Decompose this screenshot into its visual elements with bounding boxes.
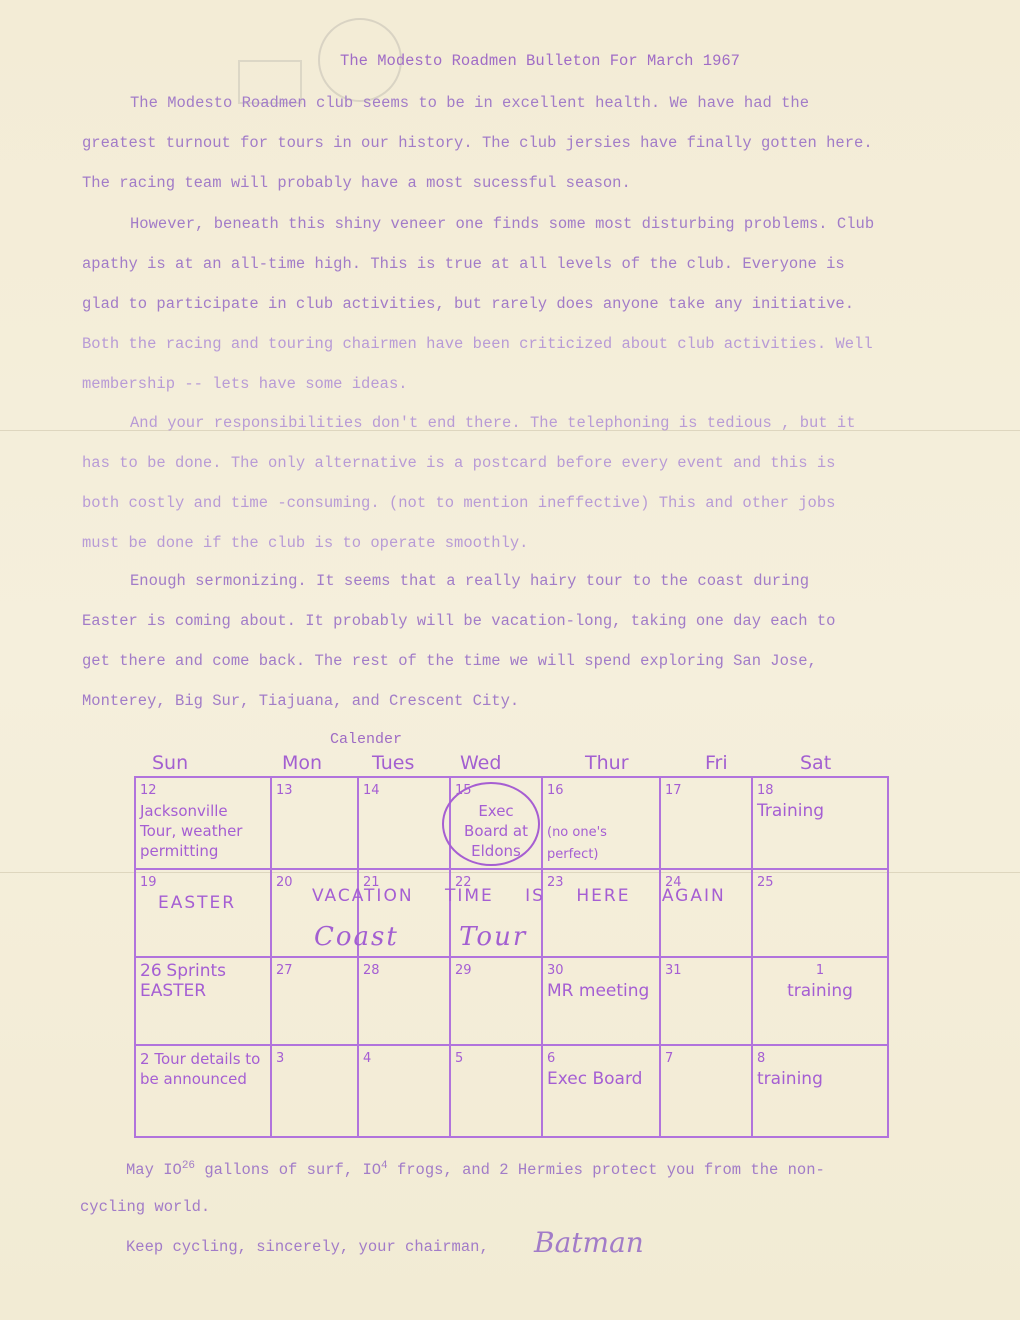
text-line: both costly and time -consuming. (not to… [82, 483, 942, 523]
paragraph-2: However, beneath this shiny veneer one f… [82, 204, 942, 404]
text-line: greatest turnout for tours in our histor… [82, 123, 942, 163]
calendar-cell: 7 [660, 1045, 752, 1137]
text-line: has to be done. The only alternative is … [82, 443, 942, 483]
text-line: The Modesto Roadmen club seems to be in … [82, 83, 942, 123]
closing-line-1: May IO26 gallons of surf, IO4 frogs, and… [126, 1160, 825, 1179]
paragraph-3: And your responsibilities don't end ther… [82, 403, 942, 563]
calendar-cell: 4 [358, 1045, 450, 1137]
day-header-sun: Sun [152, 752, 188, 774]
text-line: must be done if the club is to operate s… [82, 523, 942, 563]
calendar-cell: 6Exec Board [542, 1045, 660, 1137]
text-line: get there and come back. The rest of the… [82, 641, 942, 681]
calendar-cell: 29 [450, 957, 542, 1045]
text-line: apathy is at an all-time high. This is t… [82, 244, 942, 284]
day-header-fri: Fri [705, 752, 728, 774]
calendar-week: 26 Sprints EASTER 27 28 29 30MR meeting … [135, 957, 888, 1045]
calendar-cell: 1training [752, 957, 888, 1045]
calendar-cell: 2 Tour details to be announced [135, 1045, 271, 1137]
text-line: membership -- lets have some ideas. [82, 364, 942, 404]
paragraph-4: Enough sermonizing. It seems that a real… [82, 561, 942, 721]
calendar-cell: 12Jacksonville Tour, weather permitting [135, 777, 271, 869]
letter-page: The Modesto Roadmen Bulleton For March 1… [0, 0, 1020, 1320]
text-line: The racing team will probably have a mos… [82, 163, 942, 203]
document-title: The Modesto Roadmen Bulleton For March 1… [0, 52, 1020, 70]
text-line: Monterey, Big Sur, Tiajuana, and Crescen… [82, 681, 942, 721]
calendar-cell: 16(no one's perfect) [542, 777, 660, 869]
day-header-wed: Wed [460, 752, 501, 774]
calendar-cell: 18Training [752, 777, 888, 869]
text-line: Enough sermonizing. It seems that a real… [82, 561, 942, 601]
text-line: Easter is coming about. It probably will… [82, 601, 942, 641]
calendar-cell: 25 [752, 869, 888, 957]
calendar-cell: 27 [271, 957, 358, 1045]
calendar-cell: 17 [660, 777, 752, 869]
day-header-sat: Sat [800, 752, 831, 774]
coast-tour-note: Coast Tour [314, 922, 527, 952]
circle-annotation [442, 782, 540, 866]
signature: Batman [534, 1226, 644, 1259]
text-line: Both the racing and touring chairmen hav… [82, 324, 942, 364]
calendar-cell: 23 [542, 869, 660, 957]
vacation-banner: VACATION TIME IS HERE AGAIN [312, 886, 726, 906]
text-line: However, beneath this shiny veneer one f… [82, 204, 942, 244]
calendar-cell: 24 [660, 869, 752, 957]
text-line: glad to participate in club activities, … [82, 284, 942, 324]
day-header-thur: Thur [585, 752, 629, 774]
closing-line-3: Keep cycling, sincerely, your chairman, [126, 1238, 489, 1256]
calendar-cell: 14 [358, 777, 450, 869]
calendar-label: Calender [330, 731, 402, 748]
paragraph-1: The Modesto Roadmen club seems to be in … [82, 83, 942, 203]
calendar-cell: 31 [660, 957, 752, 1045]
text-line: And your responsibilities don't end ther… [82, 403, 942, 443]
calendar-cell: 3 [271, 1045, 358, 1137]
calendar-cell: 30MR meeting [542, 957, 660, 1045]
calendar-cell: 8training [752, 1045, 888, 1137]
day-header-tues: Tues [372, 752, 414, 774]
day-header-mon: Mon [282, 752, 322, 774]
closing-line-2: cycling world. [80, 1198, 210, 1216]
calendar-cell: 13 [271, 777, 358, 869]
calendar-cell: 5 [450, 1045, 542, 1137]
calendar-cell: 26 Sprints EASTER [135, 957, 271, 1045]
calendar-week: 2 Tour details to be announced 3 4 5 6Ex… [135, 1045, 888, 1137]
calendar-cell: 19EASTER [135, 869, 271, 957]
calendar-cell: 28 [358, 957, 450, 1045]
